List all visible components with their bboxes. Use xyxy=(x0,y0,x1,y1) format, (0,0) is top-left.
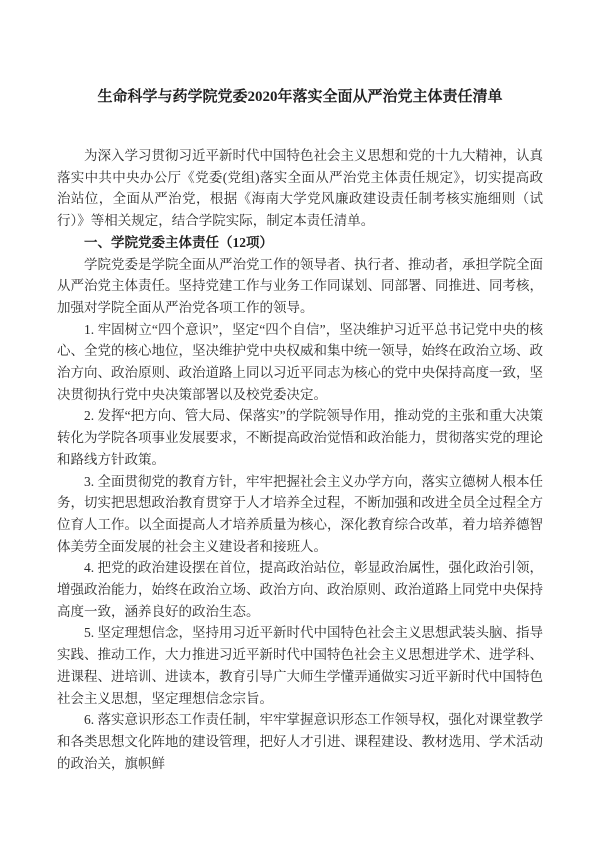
document-page: 生命科学与药学院党委2020年落实全面从严治党主体责任清单 为深入学习贯彻习近平… xyxy=(0,0,600,848)
intro-paragraph: 为深入学习贯彻习近平新时代中国特色社会主义思想和党的十九大精神，认真落实中共中央… xyxy=(57,145,543,232)
section-intro-paragraph: 学院党委是学院全面从严治党工作的领导者、执行者、推动者，承担学院全面从严治党主体… xyxy=(57,254,543,319)
list-item-5: 5. 坚定理想信念，坚持用习近平新时代中国特色社会主义思想武装头脑、指导实践、推… xyxy=(57,622,543,709)
section-heading: 一、学院党委主体责任（12项） xyxy=(57,232,543,254)
list-item-6-truncated: 6. 落实意识形态工作责任制，牢牢掌握意识形态工作领导权，强化对课堂教学和各类思… xyxy=(57,709,543,774)
list-item-1: 1. 牢固树立“四个意识”，坚定“四个自信”，坚决维护习近平总书记党中央的核心、… xyxy=(57,319,543,406)
list-item-4: 4. 把党的政治建设摆在首位，提高政治站位，彰显政治属性，强化政治引领，增强政治… xyxy=(57,557,543,622)
document-title: 生命科学与药学院党委2020年落实全面从严治党主体责任清单 xyxy=(57,88,543,107)
list-item-2: 2. 发挥“把方向、管大局、保落实”的学院领导作用，推动党的主张和重大决策转化为… xyxy=(57,405,543,470)
list-item-3: 3. 全面贯彻党的教育方针，牢牢把握社会主义办学方向，落实立德树人根本任务，切实… xyxy=(57,471,543,558)
